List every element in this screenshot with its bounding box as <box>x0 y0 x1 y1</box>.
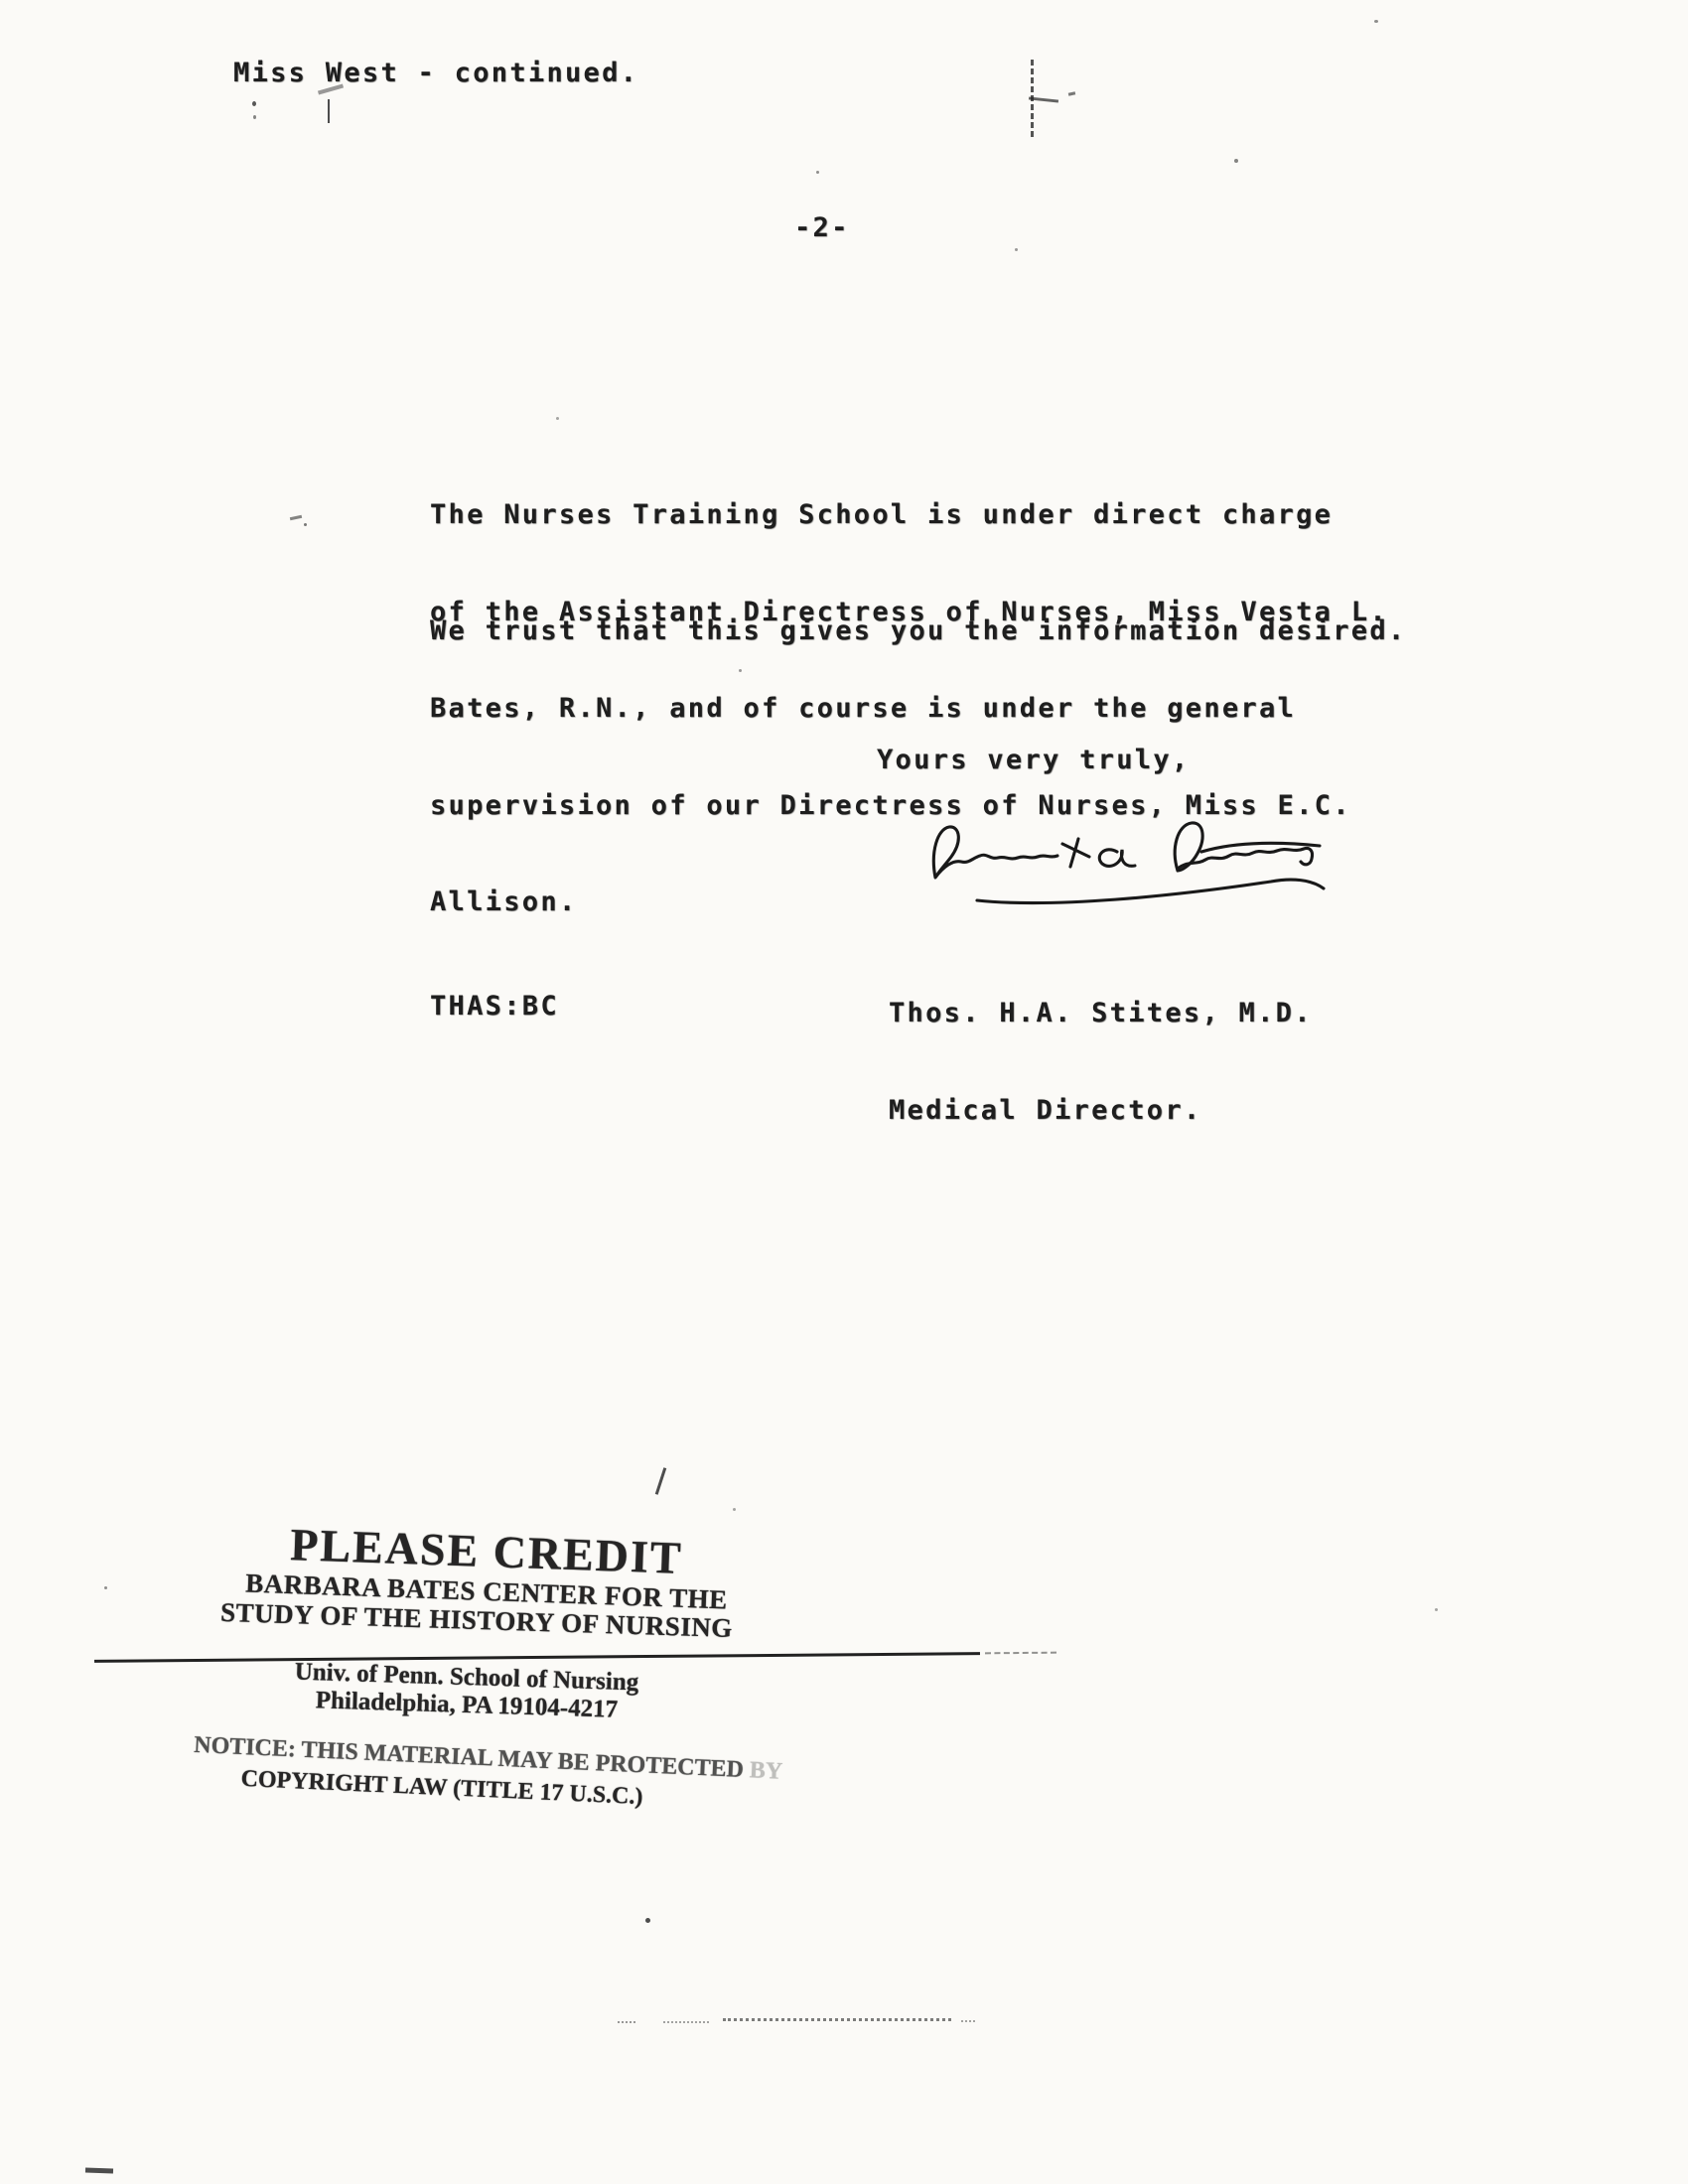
body-paragraph-2: We trust that this gives you the informa… <box>430 615 1406 648</box>
scan-speck <box>253 115 256 119</box>
notice-faded-text: BY <box>749 1757 782 1784</box>
scan-mark <box>290 515 302 520</box>
scan-speck <box>816 171 819 174</box>
stamp-divider-fade <box>985 1652 1056 1655</box>
scan-speck <box>1234 159 1238 163</box>
page-edge-mark <box>85 2168 113 2174</box>
signer-name: Thos. H.A. Stites, M.D. <box>889 998 1313 1030</box>
scan-speck <box>1015 248 1018 251</box>
scan-mark <box>328 99 330 123</box>
signer-block: Thos. H.A. Stites, M.D. Medical Director… <box>889 933 1313 1191</box>
bottom-dotted-segment <box>618 2021 635 2023</box>
scan-slash-mark <box>655 1467 667 1495</box>
paragraph-line: The Nurses Training School is under dire… <box>430 499 1388 532</box>
bottom-dotted-segment <box>723 2018 951 2021</box>
bottom-dotted-segment <box>961 2020 975 2022</box>
scan-speck <box>252 101 256 106</box>
scan-speck <box>645 1918 650 1923</box>
letter-page: Miss West - continued. -2- The Nurses Tr… <box>0 0 1688 2184</box>
scan-speck <box>739 669 742 672</box>
signer-title: Medical Director. <box>889 1095 1313 1128</box>
scan-speck <box>556 417 559 420</box>
paragraph-line: Bates, R.N., and of course is under the … <box>430 693 1388 726</box>
scan-speck <box>1435 1608 1438 1611</box>
bottom-dotted-segment <box>663 2021 709 2023</box>
typist-initials: THAS:BC <box>430 991 559 1024</box>
valediction: Yours very truly, <box>877 745 1190 777</box>
scan-speck <box>304 523 307 526</box>
page-header: Miss West - continued. <box>233 58 638 90</box>
crop-mark-tick <box>1068 91 1075 95</box>
signature-handwriting <box>874 800 1350 919</box>
scan-speck <box>733 1508 736 1511</box>
page-number: -2- <box>794 212 850 245</box>
scan-speck <box>1374 20 1378 23</box>
scan-speck <box>104 1586 107 1589</box>
